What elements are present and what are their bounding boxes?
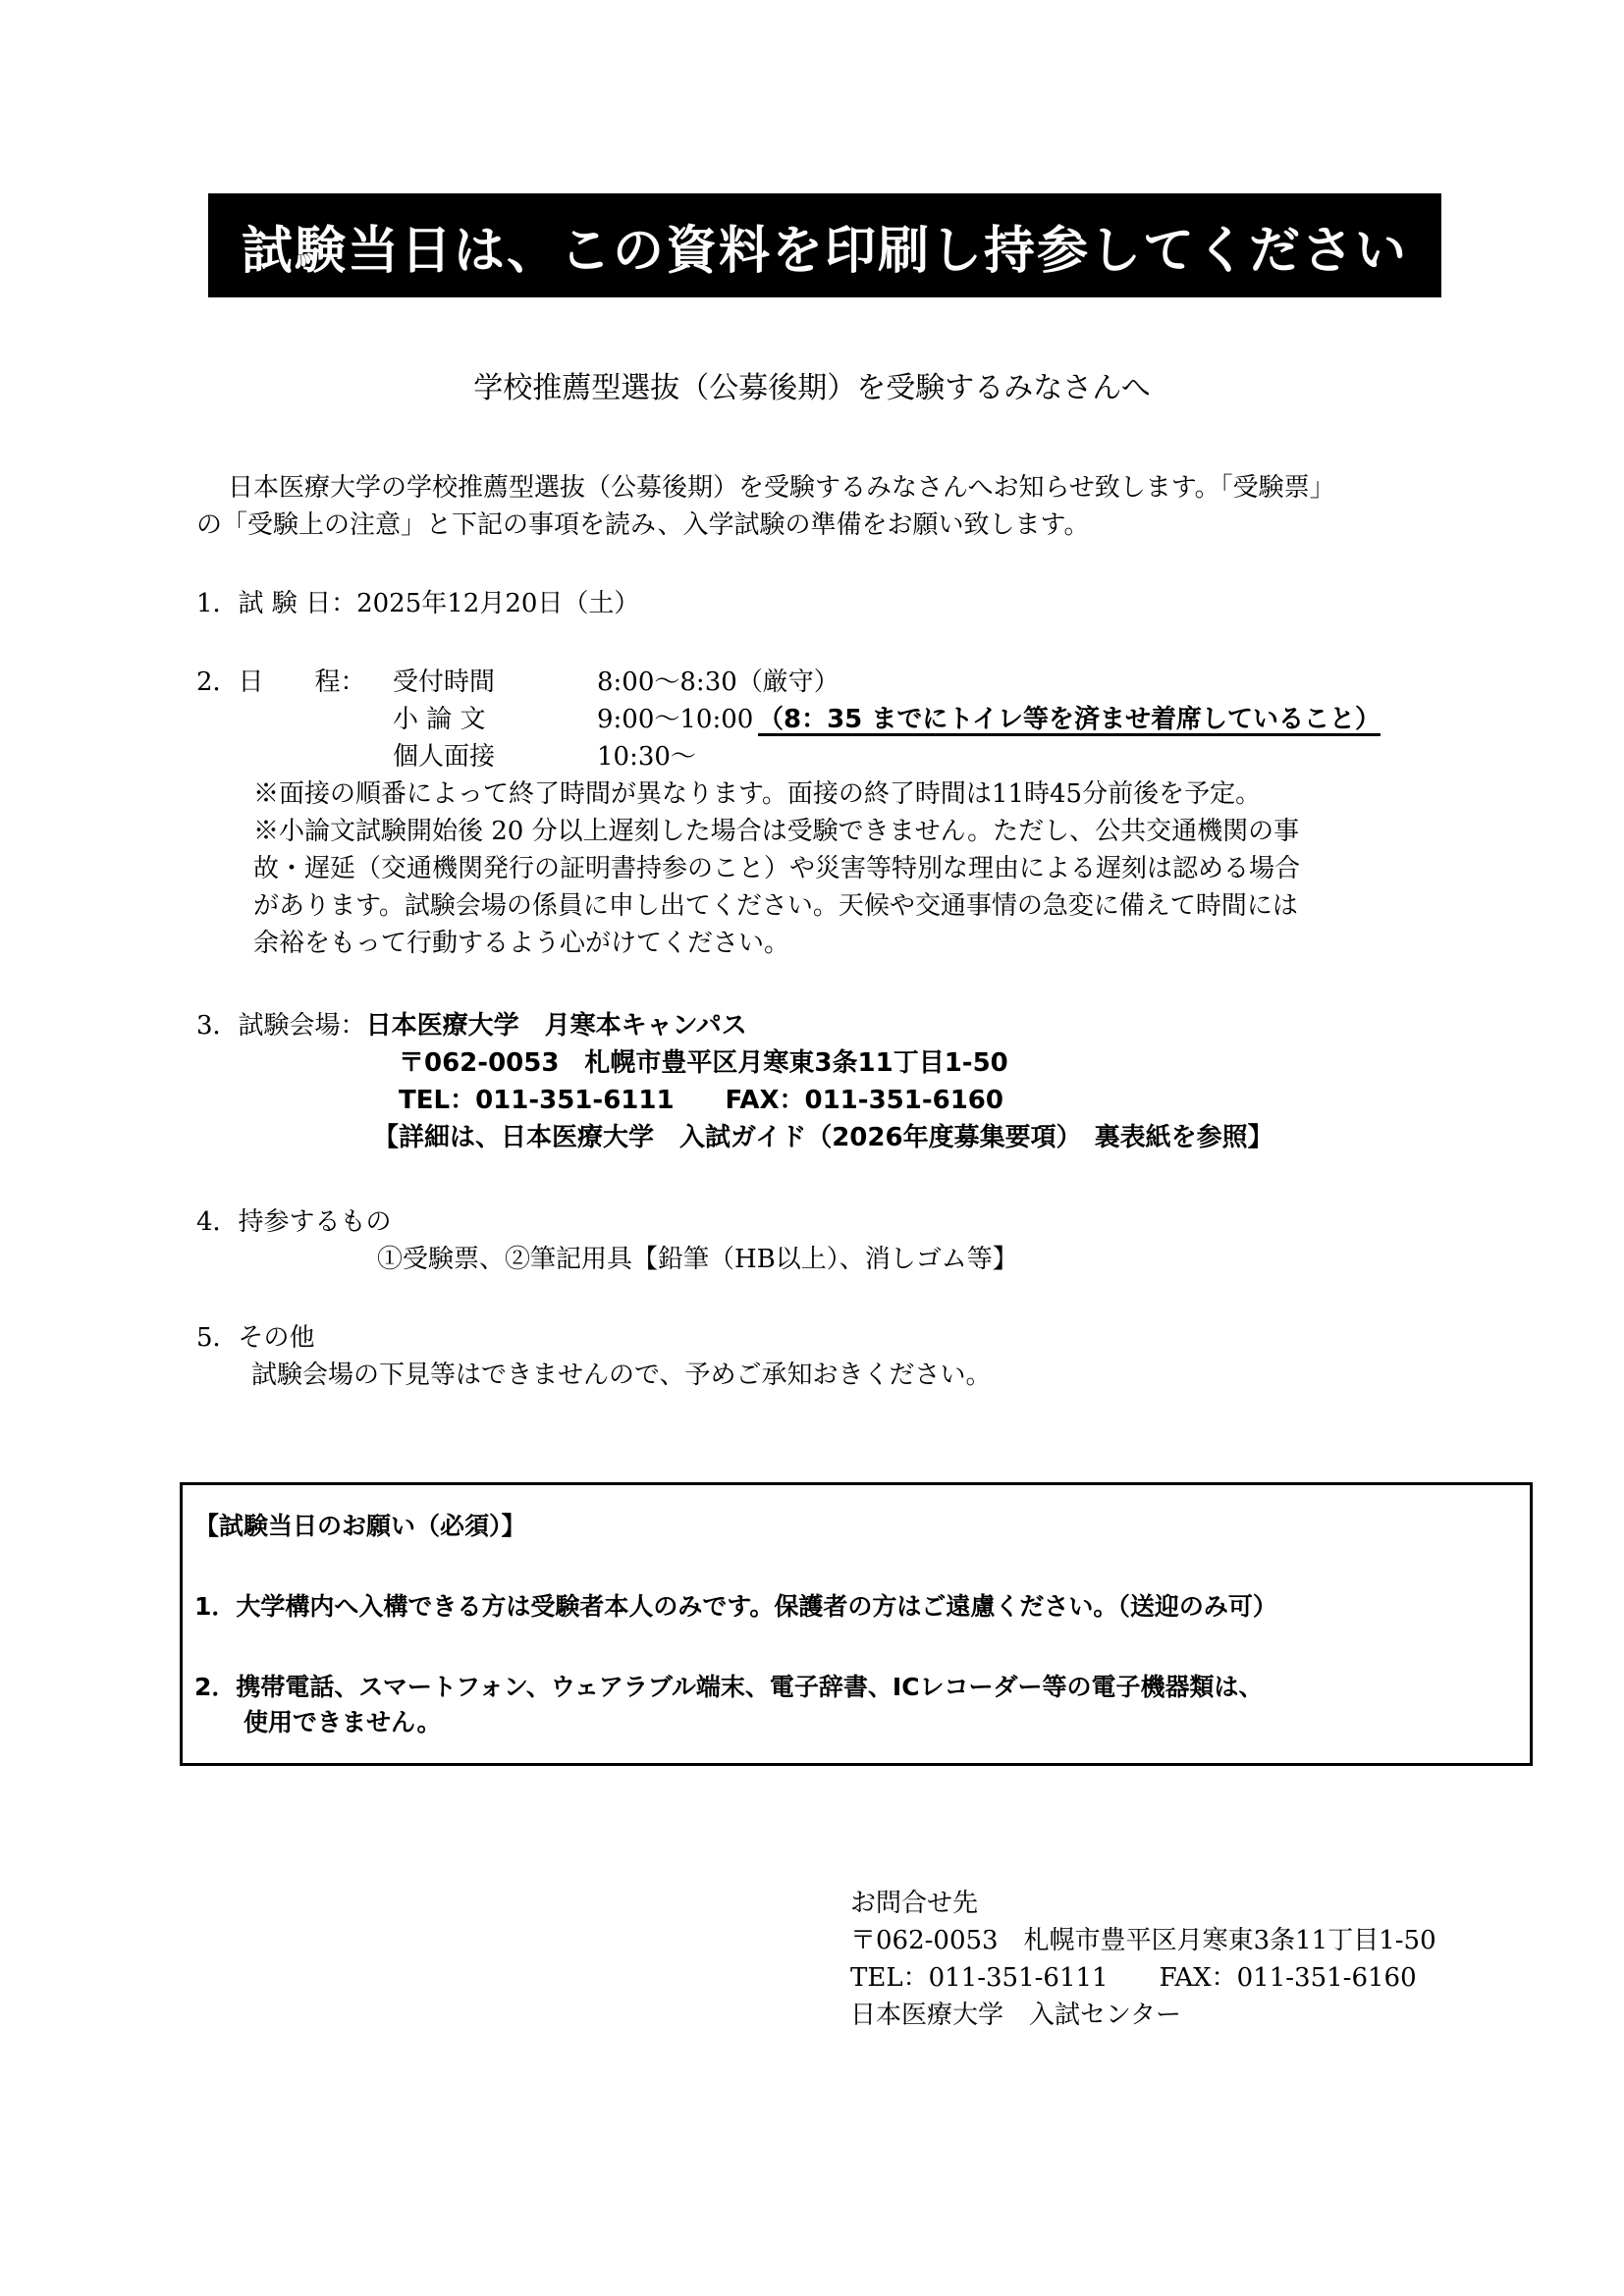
exam-day-request-box: 【試験当日のお願い（必須）】 1．大学構内へ入構できる方は受験者本人のみです。保… bbox=[180, 1482, 1533, 1766]
request-item-continued: 使用できません。 bbox=[194, 1703, 442, 1738]
schedule-item-time: 10:30〜 bbox=[597, 738, 696, 775]
venue-phone: TEL：011-351-6111 FAX：011-351-6160 bbox=[399, 1082, 1003, 1119]
section-number: 5． bbox=[196, 1323, 239, 1353]
section-number: 2． bbox=[196, 667, 239, 697]
schedule-note: があります。試験会場の係員に申し出てください。天候や交通事情の急変に備えて時間に… bbox=[253, 887, 1298, 925]
section-items: 4．持参するもの bbox=[196, 1203, 392, 1241]
section-venue: 3．試験会場：日本医療大学 月寒本キャンパス bbox=[196, 1007, 747, 1044]
venue-address: 〒062-0053 札幌市豊平区月寒東3条11丁目1-50 bbox=[399, 1044, 1008, 1082]
request-item: 2．携帯電話、スマートフォン、ウェアラブル端末、電子辞書、ICレコーダー等の電子… bbox=[194, 1668, 1264, 1703]
section-exam-date: 1．試 験 日：2025年12月20日（土） bbox=[196, 585, 639, 622]
banner-text: 試験当日は、この資料を印刷し持参してください bbox=[242, 209, 1408, 283]
document-subtitle: 学校推薦型選抜（公募後期）を受験するみなさんへ bbox=[0, 363, 1624, 406]
exam-date-label: 試 験 日： bbox=[239, 589, 357, 618]
schedule-item-name: 受付時間 bbox=[393, 664, 495, 701]
request-box-title: 【試験当日のお願い（必須）】 bbox=[194, 1507, 526, 1542]
contact-heading: お問合せ先 bbox=[850, 1885, 1436, 1922]
schedule-label: 日 程： bbox=[239, 667, 366, 697]
contact-address: 〒062-0053 札幌市豊平区月寒東3条11丁目1-50 bbox=[850, 1922, 1436, 1959]
schedule-note: 余裕をもって行動するよう心がけてください。 bbox=[253, 925, 789, 962]
schedule-item-name: 個人面接 bbox=[393, 738, 495, 775]
schedule-item-time: 8:00〜8:30（厳守） bbox=[597, 664, 839, 701]
venue-name: 日本医療大学 月寒本キャンパス bbox=[366, 1011, 747, 1041]
print-notice-banner: 試験当日は、この資料を印刷し持参してください bbox=[208, 193, 1441, 297]
schedule-note: 故・遅延（交通機関発行の証明書持参のこと）や災害等特別な理由による遅刻は認める場… bbox=[253, 850, 1300, 887]
section-schedule-header: 2．日 程： bbox=[196, 664, 366, 701]
intro-line-1: 日本医療大学の学校推薦型選抜（公募後期）を受験するみなさんへお知らせ致します。「… bbox=[228, 469, 1335, 507]
section-number: 4． bbox=[196, 1207, 239, 1237]
items-value: ①受験票、②筆記用具【鉛筆（HB以上）、消しゴム等】 bbox=[377, 1241, 1018, 1278]
intro-line-2: の「受験上の注意」と下記の事項を読み、入学試験の準備をお願い致します。 bbox=[196, 507, 1089, 544]
contact-block: お問合せ先 〒062-0053 札幌市豊平区月寒東3条11丁目1-50 TEL：… bbox=[850, 1885, 1436, 2034]
other-value: 試験会場の下見等はできませんので、予めご承知おきください。 bbox=[251, 1357, 991, 1394]
contact-phone: TEL：011-351-6111 FAX：011-351-6160 bbox=[850, 1959, 1436, 1997]
venue-label: 試験会場： bbox=[239, 1011, 366, 1041]
items-label: 持参するもの bbox=[239, 1207, 392, 1237]
contact-org: 日本医療大学 入試センター bbox=[850, 1997, 1436, 2034]
section-other: 5．その他 bbox=[196, 1319, 315, 1357]
exam-date-value: 2025年12月20日（土） bbox=[356, 589, 639, 618]
schedule-note: ※面接の順番によって終了時間が異なります。面接の終了時間は11時45分前後を予定… bbox=[253, 775, 1261, 813]
section-number: 1． bbox=[196, 589, 239, 618]
other-label: その他 bbox=[239, 1323, 315, 1353]
schedule-item-note: （8：35 までにトイレ等を済ませ着席していること） bbox=[758, 701, 1380, 738]
section-number: 3． bbox=[196, 1011, 239, 1041]
request-item: 1．大学構内へ入構できる方は受験者本人のみです。保護者の方はご遠慮ください。（送… bbox=[194, 1587, 1277, 1623]
schedule-note: ※小論文試験開始後 20 分以上遅刻した場合は受験できません。ただし、公共交通機… bbox=[253, 813, 1299, 850]
schedule-item-time: 9:00〜10:00 bbox=[597, 701, 753, 738]
schedule-item-name: 小 論 文 bbox=[393, 701, 486, 738]
venue-reference: 【詳細は、日本医療大学 入試ガイド（2026年度募集要項） 裏表紙を参照】 bbox=[373, 1119, 1273, 1156]
